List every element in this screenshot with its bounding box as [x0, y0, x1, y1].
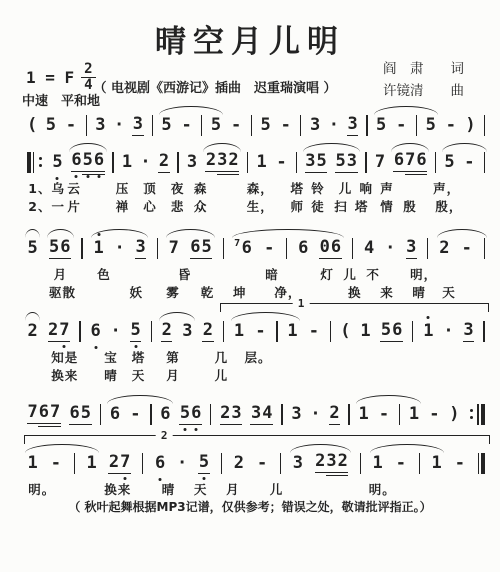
note-char: 3	[132, 114, 143, 134]
note-token: 3	[292, 453, 303, 474]
barline	[366, 115, 367, 136]
repeat-dots	[470, 409, 473, 420]
lyric-syllable: 师	[291, 197, 305, 215]
bar-thin	[483, 321, 484, 342]
note-token: 7	[168, 238, 179, 259]
note-char: 3	[182, 321, 193, 341]
note-char: 3	[305, 151, 316, 171]
note-token: 3	[291, 404, 302, 425]
note-group: 2	[202, 320, 213, 342]
barline	[74, 453, 75, 474]
lyric-syllable: 声，	[433, 179, 460, 197]
note-char: 2	[220, 403, 231, 423]
dash-extension: -	[129, 404, 142, 424]
note-group: 3	[95, 115, 106, 136]
lyric-syllable: 明。	[369, 480, 396, 498]
note-token: 1	[358, 404, 369, 425]
bar-thin	[112, 152, 113, 173]
note-group: 32	[326, 451, 349, 476]
lyric-syllable: 月	[54, 265, 68, 283]
note-token: 6	[160, 404, 171, 425]
dash-extension: -	[254, 321, 267, 341]
slur	[437, 229, 487, 238]
note-token: 27	[108, 452, 131, 474]
slur	[25, 229, 40, 238]
note-token: 3	[135, 237, 146, 259]
dotted-note-dot: ·	[114, 115, 124, 135]
slur	[203, 143, 241, 152]
lyric-syllable: 顶	[143, 179, 157, 197]
note-token: 56	[380, 320, 403, 342]
note-char: 6	[69, 403, 80, 423]
note-char: 3	[463, 320, 474, 340]
note-token: 3	[463, 320, 474, 342]
lyric-syllable: 换来	[104, 480, 131, 498]
note-char: 7	[59, 320, 70, 340]
dash-extension: -	[49, 453, 62, 473]
note-char: 5	[82, 150, 93, 170]
note-group: 5	[260, 115, 271, 136]
bar-thin	[33, 152, 34, 173]
note-char: 5	[52, 152, 63, 172]
bar-thin	[330, 321, 331, 342]
note-row: 2276·52321-1-(1561·31	[26, 318, 486, 344]
grace-note: 7	[234, 238, 240, 249]
bar-thin	[427, 238, 428, 259]
lyrics-row: 明。换来晴天月儿明。	[26, 480, 486, 497]
note-token: 2	[233, 453, 244, 474]
note-char: 3	[292, 453, 303, 473]
lyric-syllable: 晴	[412, 283, 426, 301]
bar-thin	[142, 453, 143, 474]
note-char: 6	[298, 238, 309, 258]
bar-thin	[412, 321, 413, 342]
note-group: 5	[45, 115, 56, 136]
lyric-syllable: 儿	[270, 480, 284, 498]
bar-thin	[210, 404, 211, 425]
note-char: 3	[95, 115, 106, 135]
note-group: 1	[86, 453, 97, 474]
note-token: 6	[298, 238, 309, 259]
barline	[435, 152, 436, 173]
note-token: 5	[52, 152, 63, 173]
note-token: 1	[86, 453, 97, 474]
dotted-note-dot: ·	[443, 321, 453, 341]
barline	[280, 453, 281, 474]
slur	[25, 444, 99, 453]
note-group: 65	[69, 403, 92, 425]
lyrics-row: 2、一片禅心悲众生，师徒扫塔情殷殷，	[26, 197, 486, 214]
note-group: 1	[256, 152, 267, 173]
barline	[276, 321, 277, 342]
volta-number: 1	[293, 297, 310, 310]
note-char: 6	[90, 321, 101, 341]
note-char: 5	[425, 115, 436, 135]
lyric-syllable: 塔	[291, 179, 305, 197]
lyric-syllable: 徒	[311, 197, 325, 215]
slur	[159, 106, 223, 115]
slur	[69, 143, 107, 152]
score-line: 767656-65623343·21-1-)	[26, 401, 486, 427]
barline	[100, 404, 101, 425]
note-char: 6	[190, 237, 201, 257]
volta-bracket: 1	[220, 303, 489, 312]
note-token: 5	[45, 115, 56, 136]
note-token: 5	[260, 115, 271, 136]
lyrics-row: 1、乌云压顶夜森森，塔铃儿响声声，	[26, 179, 486, 196]
note-token: 3	[182, 321, 193, 342]
note-char: 5	[49, 237, 60, 257]
bar-thin	[151, 321, 152, 342]
lyric-syllable: 禅	[116, 197, 130, 215]
note-token: 3	[406, 237, 417, 259]
lyric-syllable: 明。	[28, 480, 55, 498]
note-token: 56	[179, 403, 202, 425]
note-row: 1-1276·52-32321-1-2	[26, 450, 486, 476]
barline	[150, 404, 151, 425]
note-char: 1	[431, 453, 442, 473]
note-token: 65	[69, 403, 92, 425]
note-char: 6	[191, 403, 202, 423]
note-char: 1	[287, 321, 298, 341]
note-group: 3	[291, 404, 302, 425]
note-char: 2	[158, 151, 169, 171]
bar-thin	[484, 238, 485, 259]
dash-extension: -	[263, 238, 276, 258]
note-group: 34	[250, 403, 273, 425]
note-char: 1	[121, 152, 132, 172]
note-group: 56	[380, 320, 403, 342]
note-char: 5	[80, 403, 91, 423]
lyric-syllable: 暗	[265, 265, 279, 283]
volta-number: 2	[156, 429, 173, 442]
repeat-end-barline	[468, 404, 485, 425]
lyric-syllable: 生，	[247, 197, 274, 215]
lyric-syllable: 宝	[104, 348, 118, 366]
lyric-syllable: 压	[116, 179, 130, 197]
note-group: 5	[161, 115, 172, 136]
note-char: 2	[108, 452, 119, 472]
barline	[210, 404, 211, 425]
note-char: 5	[260, 115, 271, 135]
dot	[470, 416, 473, 419]
lyric-syllable: 第	[166, 348, 180, 366]
note-group: 3	[292, 453, 303, 474]
score-line: 1-1276·52-32321-1-2明。换来晴天月儿明。	[26, 450, 486, 476]
note-token: 5	[376, 115, 387, 136]
barline	[81, 238, 82, 259]
dash-extension: -	[230, 115, 243, 135]
slur	[391, 143, 429, 152]
note-token: 1	[233, 321, 244, 342]
note-group: 6	[155, 453, 166, 474]
note-char: 7	[405, 150, 416, 170]
note-char: 5	[45, 115, 56, 135]
dash-extension: -	[256, 453, 269, 473]
note-char: 2	[202, 320, 213, 340]
note-char: 2	[233, 453, 244, 473]
dotted-note-dot: ·	[140, 152, 150, 172]
note-char: 6	[160, 404, 171, 424]
low-octave-dot	[97, 175, 100, 178]
bar-thick	[481, 453, 485, 474]
note-char: 3	[406, 237, 417, 257]
note-token: 1	[93, 238, 104, 259]
note-token: 06	[319, 237, 342, 259]
note-group: 65	[190, 237, 213, 259]
note-token: 6	[90, 321, 101, 342]
barline	[177, 152, 178, 173]
high-octave-dot	[427, 316, 430, 319]
dash-extension: -	[275, 152, 288, 172]
note-group: 1	[431, 453, 442, 474]
dash-extension: -	[453, 453, 466, 473]
lyric-syllable: 月	[166, 366, 180, 384]
barline	[152, 115, 153, 136]
dotted-note-dot: ·	[114, 238, 124, 258]
barline	[484, 152, 485, 173]
note-char: 6	[416, 150, 427, 170]
note-token: 2	[329, 403, 340, 425]
slur	[374, 106, 438, 115]
note-token: 1	[121, 152, 132, 173]
bar-thin	[286, 238, 287, 259]
bar-thin	[348, 404, 349, 425]
bar-thin	[223, 238, 224, 259]
bar-thin	[177, 152, 178, 173]
dotted-note-dot: ·	[310, 404, 320, 424]
bar-thick	[481, 404, 485, 425]
note-group: 3	[132, 114, 143, 136]
bar-thin	[365, 152, 366, 173]
note-token: 2	[439, 238, 450, 259]
note-char: 3	[309, 115, 320, 135]
note-char: 6	[109, 404, 120, 424]
note-row: 56561·232321-355376765-	[26, 149, 486, 175]
dash-extension: -	[428, 404, 441, 424]
note-char: 2	[337, 451, 348, 471]
note-group: 5	[52, 152, 63, 173]
slur	[91, 229, 148, 238]
lyric-syllable: 铃	[311, 179, 325, 197]
note-group: 5	[130, 320, 141, 342]
bar-thin	[477, 404, 478, 425]
score: (5-3·35-5-5-3·35-5-)56561·232321-3553767…	[0, 0, 500, 572]
note-group: 3	[406, 237, 417, 259]
note-char: 4	[364, 238, 375, 258]
note-group: 4	[364, 238, 375, 259]
barline	[281, 404, 282, 425]
lyric-syllable: 声	[380, 179, 394, 197]
dash-extension: -	[460, 238, 473, 258]
slur	[25, 312, 40, 321]
note-char: 1	[423, 321, 434, 341]
note-char: 2	[161, 320, 172, 340]
dotted-note-dot: ·	[329, 115, 339, 135]
bar-thick	[27, 152, 31, 173]
barline	[484, 238, 485, 259]
lyrics-row: 换来晴天月儿	[26, 366, 486, 383]
note-token: 5	[27, 238, 38, 259]
note-char: 1	[360, 321, 371, 341]
note-char: 6	[241, 238, 252, 258]
note-group: 56	[82, 150, 105, 175]
note-char: 2	[329, 403, 340, 423]
note-char: 6	[60, 237, 71, 257]
dash-extension: -	[378, 404, 391, 424]
note-char: 2	[27, 321, 38, 341]
note-token: 232	[205, 150, 239, 175]
note-char: 4	[262, 403, 273, 423]
bar-thin	[86, 115, 87, 136]
note-token: 3	[309, 115, 320, 136]
note-group: 5	[210, 115, 221, 136]
note-group: 6	[71, 150, 82, 172]
note-token: 5	[425, 115, 436, 136]
note-char: 3	[346, 151, 357, 171]
slur	[107, 395, 173, 404]
note-group: 1	[358, 404, 369, 425]
barline	[365, 152, 366, 173]
lyric-syllable: 扫	[334, 197, 348, 215]
note-group: 67	[38, 402, 61, 427]
note-group: 2	[329, 403, 340, 425]
note-group: 23	[220, 403, 243, 425]
note-char: 7	[120, 452, 131, 472]
lyric-syllable: 天	[194, 480, 208, 498]
barline	[112, 152, 113, 173]
lyric-syllable: 1、乌	[28, 179, 65, 197]
note-token: 5	[161, 115, 172, 136]
bar-thin	[223, 321, 224, 342]
note-group: 56	[49, 237, 72, 259]
lyric-syllable: 来	[380, 283, 394, 301]
score-line: 2276·52321-1-(1561·31知是宝塔第几层。换来晴天月儿	[26, 318, 486, 344]
volta-bracket: 2	[24, 435, 490, 444]
lyric-syllable: 悲	[171, 197, 185, 215]
note-char: 5	[444, 152, 455, 172]
bar-thin	[247, 152, 248, 173]
note-group: 1	[233, 321, 244, 342]
barline	[296, 152, 297, 173]
slur	[356, 395, 421, 404]
note-char: 6	[392, 320, 403, 340]
dash-extension: -	[279, 115, 292, 135]
lyric-syllable: 换	[348, 283, 362, 301]
lyric-syllable: 不	[366, 265, 380, 283]
lyric-syllable: 灯	[320, 265, 334, 283]
note-char: 3	[186, 152, 197, 172]
note-group: 7	[168, 238, 179, 259]
note-char: 5	[201, 237, 212, 257]
note-group: 1	[121, 152, 132, 173]
note-group: 6	[298, 238, 309, 259]
dash-extension: -	[180, 115, 193, 135]
note-group: 3	[182, 321, 193, 342]
barline	[484, 115, 485, 136]
sheet-music-page: { "header": { "title": "晴空月儿明", "key": "…	[0, 0, 500, 572]
note-char: 1	[256, 152, 267, 172]
lyric-syllable: 雾	[166, 283, 180, 301]
note-group: 5	[425, 115, 436, 136]
note-char: 6	[38, 402, 49, 422]
note-group: 3	[463, 320, 474, 342]
dot	[470, 409, 473, 412]
lyric-syllable: 驱散	[49, 283, 76, 301]
bar-thin	[399, 404, 400, 425]
note-char: 2	[439, 238, 450, 258]
note-char: 7	[27, 402, 38, 422]
bar-thin	[79, 321, 80, 342]
bar-thin	[74, 453, 75, 474]
barline	[360, 453, 361, 474]
note-token: 5	[198, 452, 209, 474]
slur	[442, 143, 487, 152]
score-line: 5561·376576-6064·32-月色昏暗灯儿不明，驱散妖雾乾坤净，换来晴…	[26, 235, 486, 261]
final-barline	[478, 453, 485, 474]
note-char: 2	[205, 150, 216, 170]
note-row: 5561·376576-6064·32-	[26, 235, 486, 261]
note-group: 27	[108, 452, 131, 474]
note-group: 27	[48, 320, 71, 342]
note-token: 6	[109, 404, 120, 425]
note-token: 1	[431, 453, 442, 474]
note-char: 2	[315, 451, 326, 471]
low-octave-dot	[195, 428, 198, 431]
bar-thin	[419, 453, 420, 474]
lyrics-row: 驱散妖雾乾坤净，换来晴天	[26, 283, 486, 300]
note-char: 3	[326, 451, 337, 471]
note-group: 6	[393, 150, 404, 172]
note-group: 2	[315, 451, 326, 473]
bar-thin	[157, 238, 158, 259]
note-token: 1	[408, 404, 419, 425]
lyric-syllable: 森	[194, 179, 208, 197]
barline	[352, 238, 353, 259]
barline	[151, 321, 152, 342]
note-char: 2	[48, 320, 59, 340]
barline	[142, 453, 143, 474]
note-group: 2	[233, 453, 244, 474]
note-group: 5	[27, 238, 38, 259]
note-token: 35	[305, 151, 328, 173]
bar-thin	[416, 115, 417, 136]
bar-thin	[100, 404, 101, 425]
note-token: 2	[161, 320, 172, 342]
barline	[483, 321, 484, 342]
note-char: 1	[408, 404, 419, 424]
lyric-syllable: 知是	[51, 348, 78, 366]
note-group: 1	[93, 238, 104, 259]
note-group: 1	[287, 321, 298, 342]
slur	[166, 229, 215, 238]
lyric-syllable: 天	[442, 283, 456, 301]
note-char: 0	[319, 237, 330, 257]
barline	[427, 238, 428, 259]
note-token: 2	[27, 321, 38, 342]
lyric-syllable: 换来	[51, 366, 78, 384]
lyric-syllable: 殷，	[435, 197, 462, 215]
note-group: 3	[186, 152, 197, 173]
dash-extension: -	[444, 115, 457, 135]
lyric-syllable: 片	[67, 197, 81, 215]
slur	[370, 444, 444, 453]
dash-extension: -	[463, 152, 476, 172]
note-char: 1	[27, 453, 38, 473]
note-token: 6	[155, 453, 166, 474]
lyric-syllable: 昏	[178, 265, 192, 283]
note-group: 1	[408, 404, 419, 425]
